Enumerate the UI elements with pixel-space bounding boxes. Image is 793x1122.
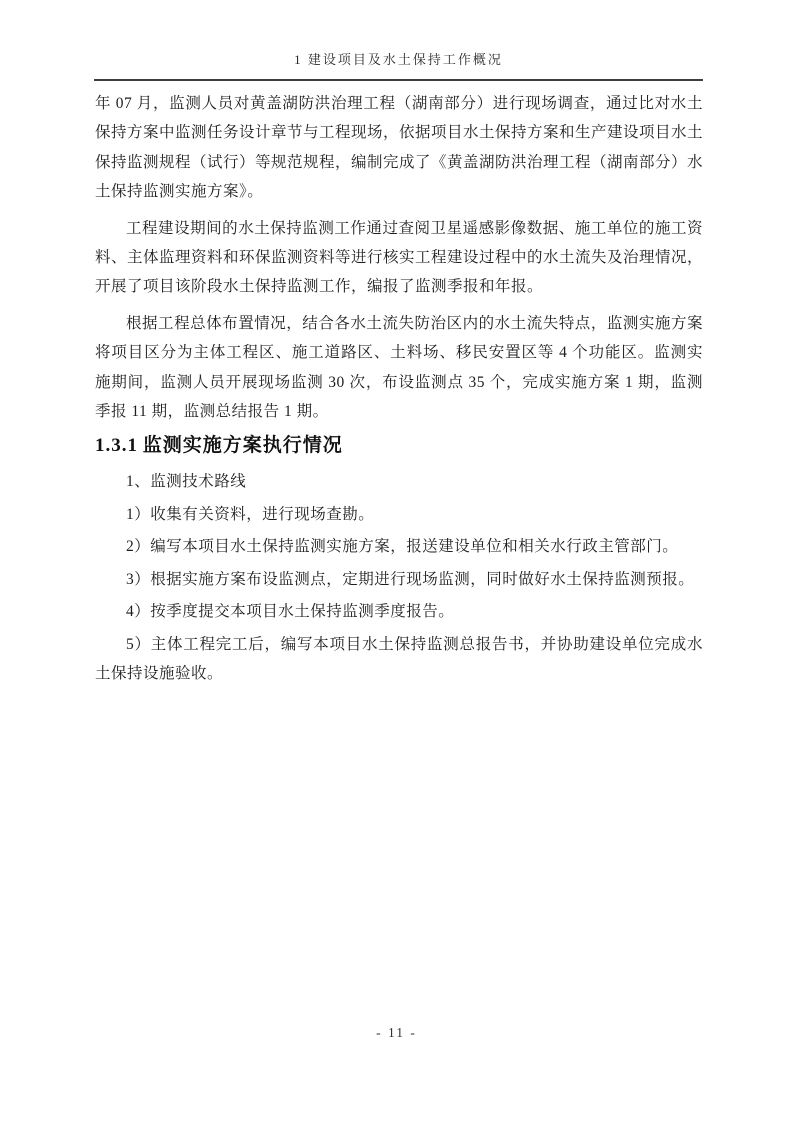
header-title: 1 建设项目及水土保持工作概况 xyxy=(294,49,503,68)
list-item: 1、监测技术路线 xyxy=(95,467,703,496)
list-item: 3）根据实施方案布设监测点，定期进行现场监测，同时做好水土保持监测预报。 xyxy=(95,565,703,594)
page-number: - 11 - xyxy=(376,1025,417,1040)
page-footer: - 11 - xyxy=(0,1024,793,1042)
section-heading: 1.3.1 监测实施方案执行情况 xyxy=(95,433,703,459)
page-header: 1 建设项目及水土保持工作概况 xyxy=(94,0,703,81)
list-item: 1）收集有关资料，进行现场查勘。 xyxy=(95,500,703,529)
body-paragraph: 根据工程总体布置情况，结合各水土流失防治区内的水土流失特点，监测实施方案将项目区… xyxy=(95,309,703,427)
section-number: 1.3.1 xyxy=(95,435,138,456)
list-item: 4）按季度提交本项目水土保持监测季度报告。 xyxy=(95,597,703,626)
document-body: 年 07 月，监测人员对黄盖湖防洪治理工程（湖南部分）进行现场调查，通过比对水土… xyxy=(95,89,703,691)
body-paragraph: 年 07 月，监测人员对黄盖湖防洪治理工程（湖南部分）进行现场调查，通过比对水土… xyxy=(95,89,703,207)
list-item: 2）编写本项目水土保持监测实施方案，报送建设单位和相关水行政主管部门。 xyxy=(95,532,703,561)
body-paragraph: 工程建设期间的水土保持监测工作通过查阅卫星遥感影像数据、施工单位的施工资料、主体… xyxy=(95,214,703,302)
document-page: 1 建设项目及水土保持工作概况 年 07 月，监测人员对黄盖湖防洪治理工程（湖南… xyxy=(0,0,793,1122)
list-item: 5）主体工程完工后，编写本项目水土保持监测总报告书，并协助建设单位完成水土保持设… xyxy=(95,630,703,689)
section-title: 监测实施方案执行情况 xyxy=(143,435,343,456)
